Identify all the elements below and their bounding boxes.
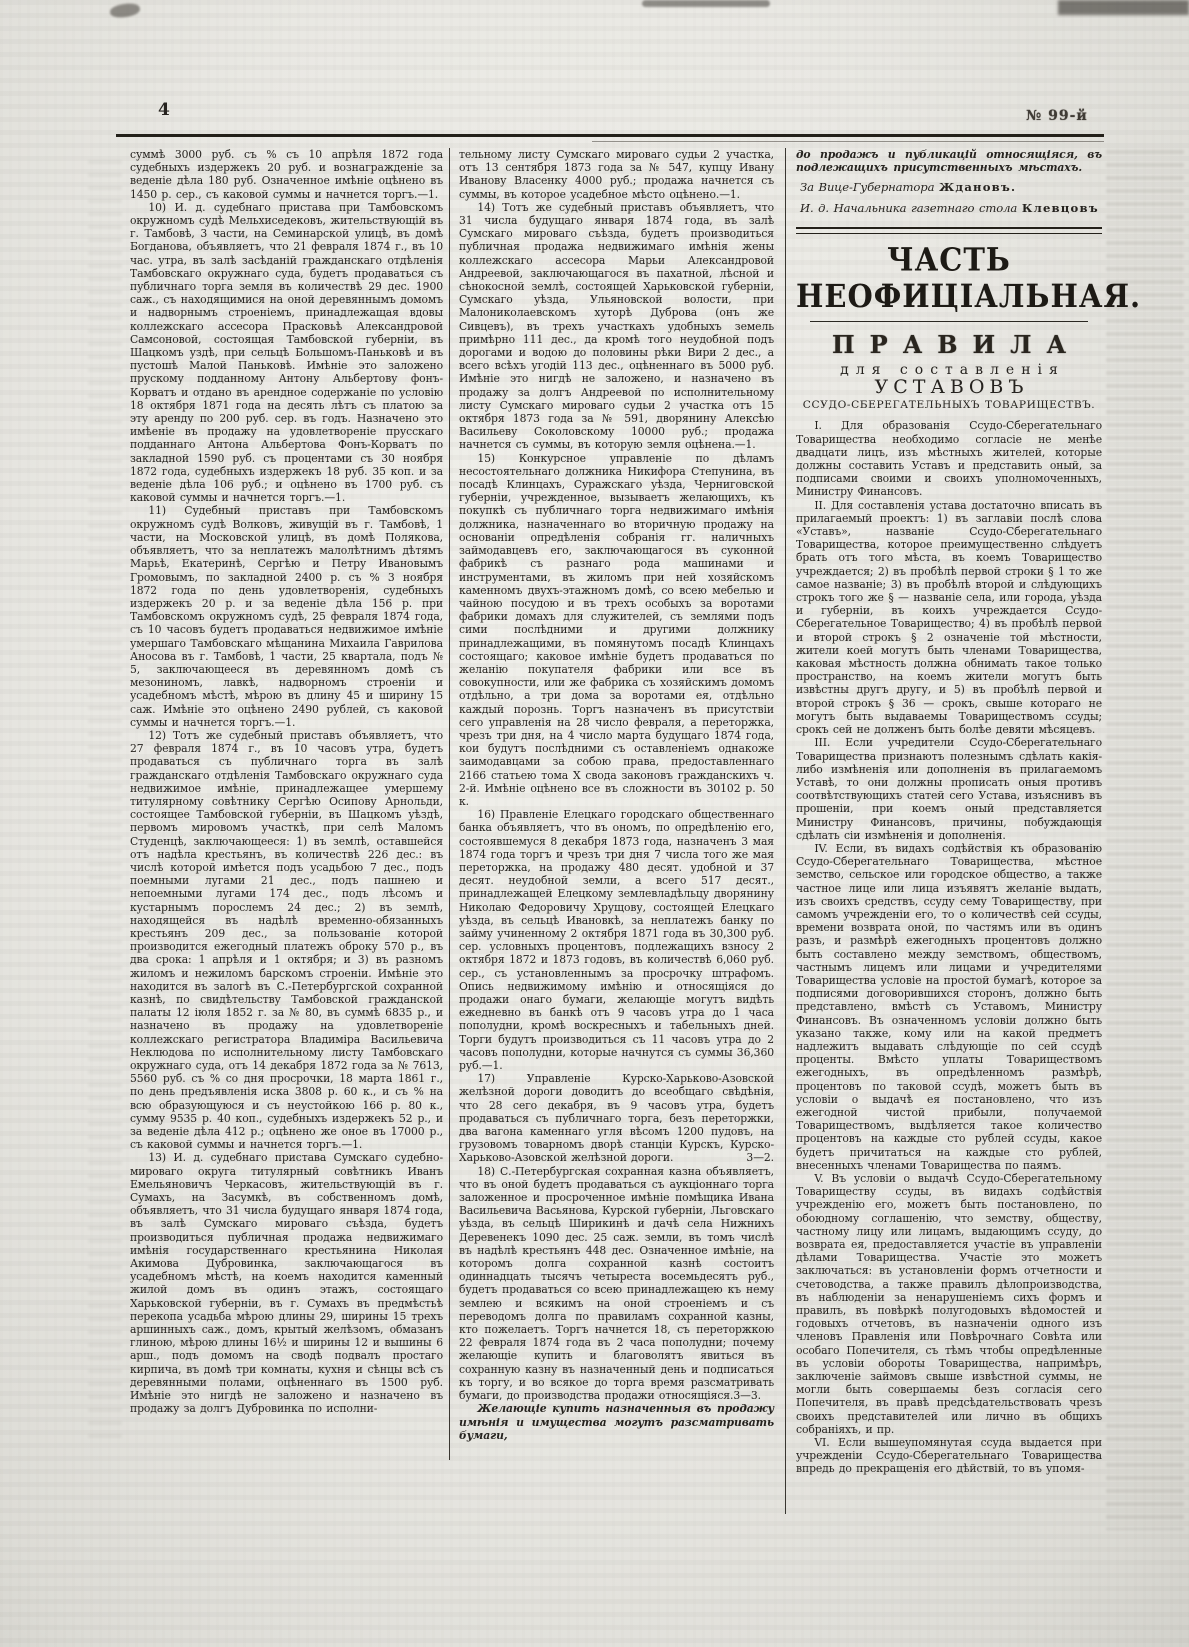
- paragraph: I. Для образованія Ссудо-Сберегательнаго…: [796, 419, 1102, 498]
- column-divider-2: [785, 148, 786, 1514]
- notice-counter: 3—2.: [728, 1151, 774, 1164]
- paragraph: 18) С.-Петербургская сохранная казна объ…: [459, 1165, 774, 1403]
- column-2: тельному листу Сумскаго мироваго судьи 2…: [459, 148, 774, 1442]
- section-rule-double: [796, 227, 1102, 234]
- scan-smudge-top-center: [642, 0, 770, 7]
- masthead-rule-secondary: [592, 141, 1104, 142]
- section-title: ЧАСТЬ НЕОФИЦІАЛЬНАЯ.: [796, 241, 1102, 314]
- signature-name: Клевцовъ: [1022, 201, 1099, 215]
- paragraph: тельному листу Сумскаго мироваго судьи 2…: [459, 148, 774, 201]
- scan-ghost-left-margin: [88, 160, 122, 1440]
- signature-line: За Вице-Губернатора Ждановъ.: [800, 181, 1102, 194]
- paragraph: 14) Тотъ же судебный приставъ объявляетъ…: [459, 201, 774, 452]
- masthead-rule: [116, 134, 1104, 137]
- signature-name: Ждановъ.: [939, 180, 1016, 194]
- paragraph: VI. Если вышеупомянутая ссуда выдается п…: [796, 1436, 1102, 1476]
- signature-title: И. д. Начальника газетнаго стола: [800, 201, 1022, 215]
- paragraph: II. Для составленія устава достаточно вп…: [796, 499, 1102, 737]
- signature-title: За Вице-Губернатора: [800, 180, 939, 194]
- paragraph: суммѣ 3000 руб. съ % съ 10 апрѣля 1872 г…: [130, 148, 443, 201]
- paragraph: 10) И. д. судебнаго пристава при Тамбовс…: [130, 201, 443, 505]
- page-number: 4: [158, 100, 170, 120]
- paragraph: IV. Если, въ видахъ содѣйствія къ образо…: [796, 842, 1102, 1172]
- column-1: суммѣ 3000 руб. съ % съ 10 апрѣля 1872 г…: [130, 148, 443, 1416]
- scan-smudge-top-left: [109, 2, 141, 19]
- paragraph: 17) Управленіе Курско-Харьково-Азовской …: [459, 1072, 774, 1164]
- paragraph: Желающіе купить назначенныя въ продажу и…: [459, 1402, 774, 1442]
- paragraph: до продажъ и публикацій относящіяся, въ …: [796, 148, 1102, 174]
- signature-line: И. д. Начальника газетнаго стола Клевцов…: [800, 202, 1102, 215]
- paragraph: III. Если учредители Ссудо-Сберегательна…: [796, 736, 1102, 842]
- rules-subtitle-3: ССУДО-СБЕРЕГАТЕЛЬНЫХЪ ТОВАРИЩЕСТВЪ.: [796, 399, 1102, 412]
- newspaper-page: 4 № 99-й суммѣ 3000 руб. съ % съ 10 апрѣ…: [0, 0, 1189, 1647]
- rules-subtitle-2: УСТАВОВЪ: [796, 381, 1102, 394]
- scan-ghost-right-margin: [1106, 150, 1184, 1530]
- rules-title: ПРАВИЛА: [796, 330, 1102, 360]
- paragraph: 16) Правленіе Елецкаго городскаго общест…: [459, 808, 774, 1072]
- paragraph: 12) Тотъ же судебный приставъ объявляетъ…: [130, 729, 443, 1152]
- column-3: до продажъ и публикацій относящіяся, въ …: [796, 148, 1102, 1476]
- column-divider-1: [449, 148, 450, 1460]
- scan-smudge-top-right: [1058, 0, 1189, 15]
- paragraph: 15) Конкурсное управленіе по дѣламъ несо…: [459, 452, 774, 808]
- paragraph: 11) Судебный приставъ при Тамбовскомъ ок…: [130, 504, 443, 728]
- paragraph: 13) И. д. судебнаго пристава Сумскаго су…: [130, 1151, 443, 1415]
- paragraph: V. Въ условіи о выдачѣ Ссудо-Сберегатель…: [796, 1172, 1102, 1436]
- section-rule: [810, 321, 1088, 322]
- issue-number: № 99-й: [1026, 108, 1088, 124]
